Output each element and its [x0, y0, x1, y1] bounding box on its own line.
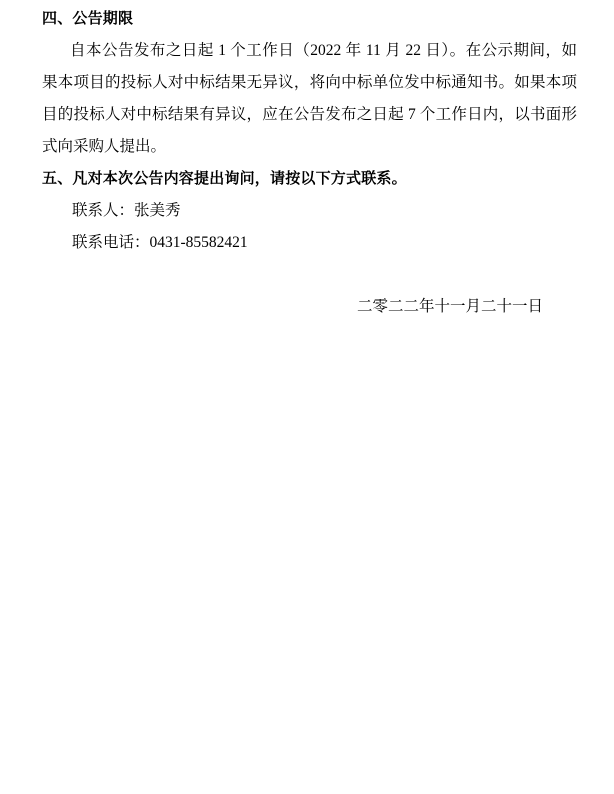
contact-person-name: 张美秀 [134, 202, 181, 219]
section-5-heading: 五、凡对本次公告内容提出询问，请按以下方式联系。 [42, 163, 577, 195]
contact-person-label: 联系人： [72, 202, 134, 219]
section-4-paragraph: 自本公告发布之日起 1 个工作日（2022 年 11 月 22 日）。在公示期间… [42, 35, 577, 163]
document-page: 四、公告期限 自本公告发布之日起 1 个工作日（2022 年 11 月 22 日… [0, 0, 614, 794]
document-date: 二零二二年十一月二十一日 [42, 291, 577, 323]
contact-phone-number: 0431-85582421 [150, 234, 248, 251]
section-4-heading: 四、公告期限 [42, 3, 577, 35]
contact-phone-line: 联系电话：0431-85582421 [42, 227, 577, 259]
contact-person-line: 联系人：张美秀 [42, 195, 577, 227]
contact-phone-label: 联系电话： [72, 234, 150, 251]
